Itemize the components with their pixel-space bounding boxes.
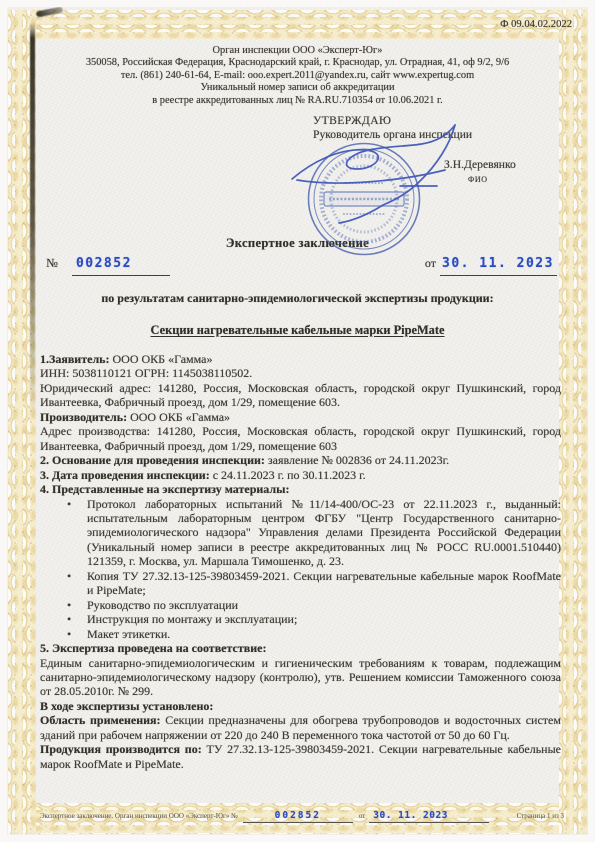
body-paragraph: Продукция производится по: ТУ 27.32.13-1… [40, 742, 561, 771]
body-paragraph: Юридический адрес: 141280, Россия, Моско… [40, 381, 561, 410]
subtitle: по результатам санитарно-эпидемиологичес… [7, 291, 588, 306]
footer-page-number: Страница 1 из 3 [517, 812, 564, 820]
body-paragraph: 1.Заявитель: ООО ОКБ «Гамма» [40, 352, 561, 366]
number-underline: 002852 [72, 254, 170, 276]
body-paragraph: 2. Основание для проведения инспекции: з… [40, 453, 561, 467]
org-accreditation-line-1: Уникальный номер записи об аккредитации [52, 82, 543, 94]
footer-left-text: Экспертное заключение. Орган инспекции О… [40, 812, 238, 820]
body-content: 1.Заявитель: ООО ОКБ «Гамма»ИНН: 5038110… [40, 352, 561, 771]
bullet-item: Макет этикетки. [40, 627, 561, 641]
body-paragraph: ИНН: 5038110121 ОГРН: 1145038110502. [40, 366, 561, 380]
body-paragraph: 3. Дата проведения инспекции: с 24.11.20… [40, 468, 561, 482]
number-value: 002852 [76, 256, 132, 271]
footer-number: 002852 [275, 810, 321, 821]
guilloche-border-right [559, 10, 588, 834]
org-address: 350058, Российская Федерация, Краснодарс… [52, 57, 543, 69]
org-header: Орган инспекции ООО «Эксперт-Юг» 350058,… [52, 45, 543, 107]
date-group: от30. 11. 2023 [425, 254, 557, 276]
approver-role: Руководитель органа инспекции [313, 128, 472, 142]
approve-label: УТВЕРЖДАЮ [313, 114, 472, 128]
body-paragraph: Адрес производства: 141280, Россия, Моск… [40, 424, 561, 453]
fio-label: ФИО [468, 175, 488, 184]
footer: Экспертное заключение. Орган инспекции О… [40, 810, 564, 823]
date-underline: 30. 11. 2023 [440, 254, 557, 276]
date-value: 30. 11. 2023 [442, 256, 554, 271]
body-paragraph: 4. Представленные на экспертизу материал… [40, 482, 561, 496]
form-code: Ф 09.04.02.2022 [500, 19, 572, 30]
footer-date-underline: 30. 11. 2023 [369, 810, 489, 823]
body-paragraph: Производитель: ООО ОКБ «Гамма» [40, 410, 561, 424]
date-label: от [425, 256, 436, 270]
approval-block: УТВЕРЖДАЮ Руководитель органа инспекции [313, 114, 472, 142]
scan-artifact-line [30, 22, 35, 422]
org-name: Орган инспекции ООО «Эксперт-Юг» [52, 45, 543, 57]
product-title: Секции нагревательные кабельные марки Pi… [7, 323, 588, 338]
body-paragraph: В ходе экспертизы установлено: [40, 699, 561, 713]
approver-name: З.Н.Деревянко [444, 158, 516, 171]
footer-number-underline: 002852 [243, 810, 353, 823]
document-page: Ф 09.04.02.2022 Орган инспекции ООО «Экс… [0, 0, 595, 842]
footer-date: 30. 11. 2023 [373, 810, 448, 821]
org-accreditation-line-2: в реестре аккредитованных лиц № RA.RU.71… [52, 95, 543, 107]
body-paragraph: 5. Экспертиза проведена на соответствие: [40, 641, 561, 655]
body-paragraph: Единым санитарно-эпидемиологическим и ги… [40, 656, 561, 699]
org-contacts: тел. (861) 240-61-64, E-mail: ooo.expert… [52, 70, 543, 82]
number-label: № [46, 256, 58, 270]
bullet-item: Инструкция по монтажу и эксплуатации; [40, 612, 561, 626]
number-row: №002852 от30. 11. 2023 [46, 254, 557, 280]
bullet-item: Копия ТУ 27.32.13-125-39803459-2021. Сек… [40, 569, 561, 598]
bullet-item: Протокол лабораторных испытаний №11/14-4… [40, 497, 561, 569]
body-paragraph: Область применения: Секции предназначены… [40, 713, 561, 742]
footer-date-label: от [359, 812, 365, 820]
doc-title: Экспертное заключение [7, 236, 588, 251]
bullet-item: Руководство по эксплуатации [40, 598, 561, 612]
